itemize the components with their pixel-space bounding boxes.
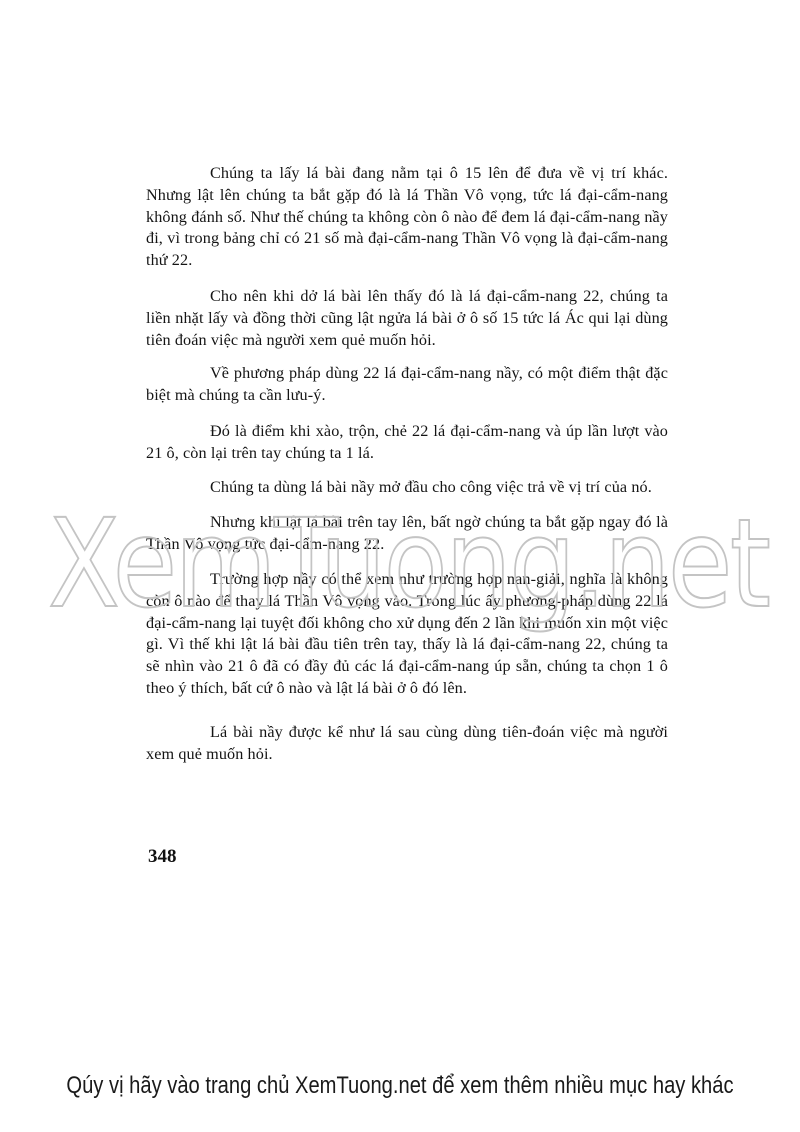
paragraph: Chúng ta dùng lá bài nầy mở đầu cho công… bbox=[146, 477, 668, 499]
page-number: 348 bbox=[148, 846, 177, 868]
footer-prefix: Qúy vị hãy vào trang chủ bbox=[66, 1072, 295, 1099]
body-text: Chúng ta lấy lá bài đang nằm tại ô 15 lê… bbox=[146, 163, 668, 779]
footer-suffix: để xem thêm nhiều mục hay khác bbox=[427, 1072, 734, 1099]
paragraph: Đó là điểm khi xào, trộn, chẻ 22 lá đại-… bbox=[146, 421, 668, 465]
paragraph: Cho nên khi dở lá bài lên thấy đó là lá … bbox=[146, 286, 668, 351]
paragraph: Về phương pháp dùng 22 lá đại-cẩm-nang n… bbox=[146, 363, 668, 407]
paragraph: Chúng ta lấy lá bài đang nằm tại ô 15 lê… bbox=[146, 163, 668, 272]
scanned-book-page: Chúng ta lấy lá bài đang nằm tại ô 15 lê… bbox=[0, 0, 800, 1132]
paragraph: Trường hợp nầy có thể xem như trường hợp… bbox=[146, 569, 668, 700]
footer-site-link[interactable]: XemTuong.net bbox=[295, 1072, 426, 1099]
paragraph: Lá bài nầy được kể như lá sau cùng dùng … bbox=[146, 722, 668, 766]
footer-note: Qúy vị hãy vào trang chủ XemTuong.net để… bbox=[64, 1072, 736, 1100]
paragraph: Nhưng khi lật lá bài trên tay lên, bất n… bbox=[146, 512, 668, 556]
